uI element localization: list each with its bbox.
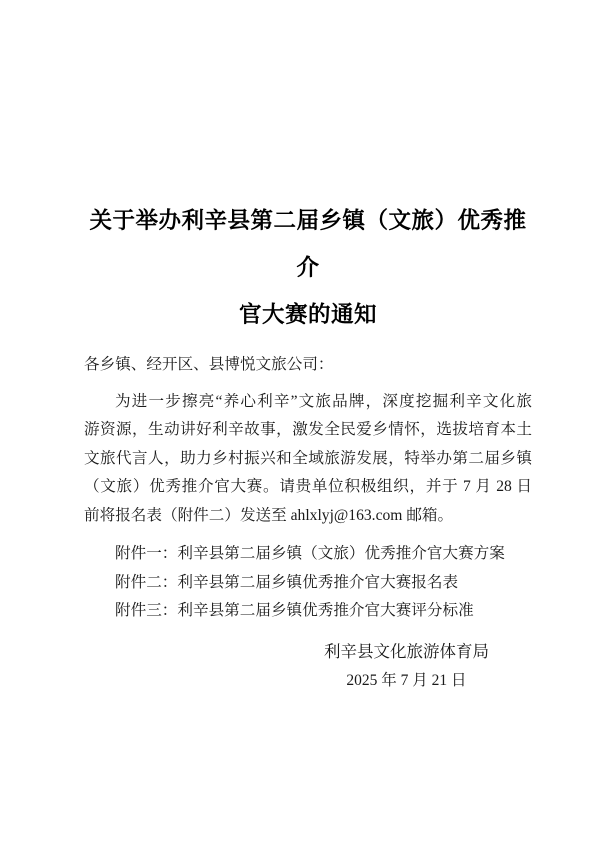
body-line-2: 游资源，生动讲好利辛故事，激发全民爱乡情怀，选拔培育本土 bbox=[84, 416, 532, 445]
body-line-5: 前将报名表（附件二）发送至 ahlxlyj@163.com 邮箱。 bbox=[84, 502, 532, 531]
title-line-2: 官大赛的通知 bbox=[84, 291, 532, 338]
body-line-1: 为进一步擦亮“养心利辛”文旅品牌，深度挖掘利辛文化旅 bbox=[84, 388, 532, 417]
title-line-1: 关于举办利辛县第二届乡镇（文旅）优秀推介 bbox=[84, 197, 532, 291]
notice-document-page: 关于举办利辛县第二届乡镇（文旅）优秀推介 官大赛的通知 各乡镇、经开区、县博悦文… bbox=[0, 0, 600, 849]
issue-date: 2025 年 7 月 21 日 bbox=[324, 666, 489, 696]
body-paragraph: 为进一步擦亮“养心利辛”文旅品牌，深度挖掘利辛文化旅 游资源，生动讲好利辛故事，… bbox=[84, 388, 532, 531]
attachments-list: 附件一：利辛县第二届乡镇（文旅）优秀推介官大赛方案 附件二：利辛县第二届乡镇优秀… bbox=[84, 540, 532, 626]
issuer-name: 利辛县文化旅游体育局 bbox=[324, 638, 489, 667]
body-line-3: 文旅代言人，助力乡村振兴和全域旅游发展，特举办第二届乡镇 bbox=[84, 445, 532, 474]
body-line-4: （文旅）优秀推介官大赛。请贵单位积极组织，并于 7 月 28 日 bbox=[84, 473, 532, 502]
signature-block: 利辛县文化旅游体育局 2025 年 7 月 21 日 bbox=[324, 638, 489, 697]
salutation: 各乡镇、经开区、县博悦文旅公司： bbox=[84, 351, 532, 380]
attachment-line-1: 附件一：利辛县第二届乡镇（文旅）优秀推介官大赛方案 bbox=[84, 540, 532, 569]
attachment-line-2: 附件二：利辛县第二届乡镇优秀推介官大赛报名表 bbox=[84, 569, 532, 598]
attachment-line-3: 附件三：利辛县第二届乡镇优秀推介官大赛评分标准 bbox=[84, 597, 532, 626]
document-title: 关于举办利辛县第二届乡镇（文旅）优秀推介 官大赛的通知 bbox=[84, 197, 532, 338]
